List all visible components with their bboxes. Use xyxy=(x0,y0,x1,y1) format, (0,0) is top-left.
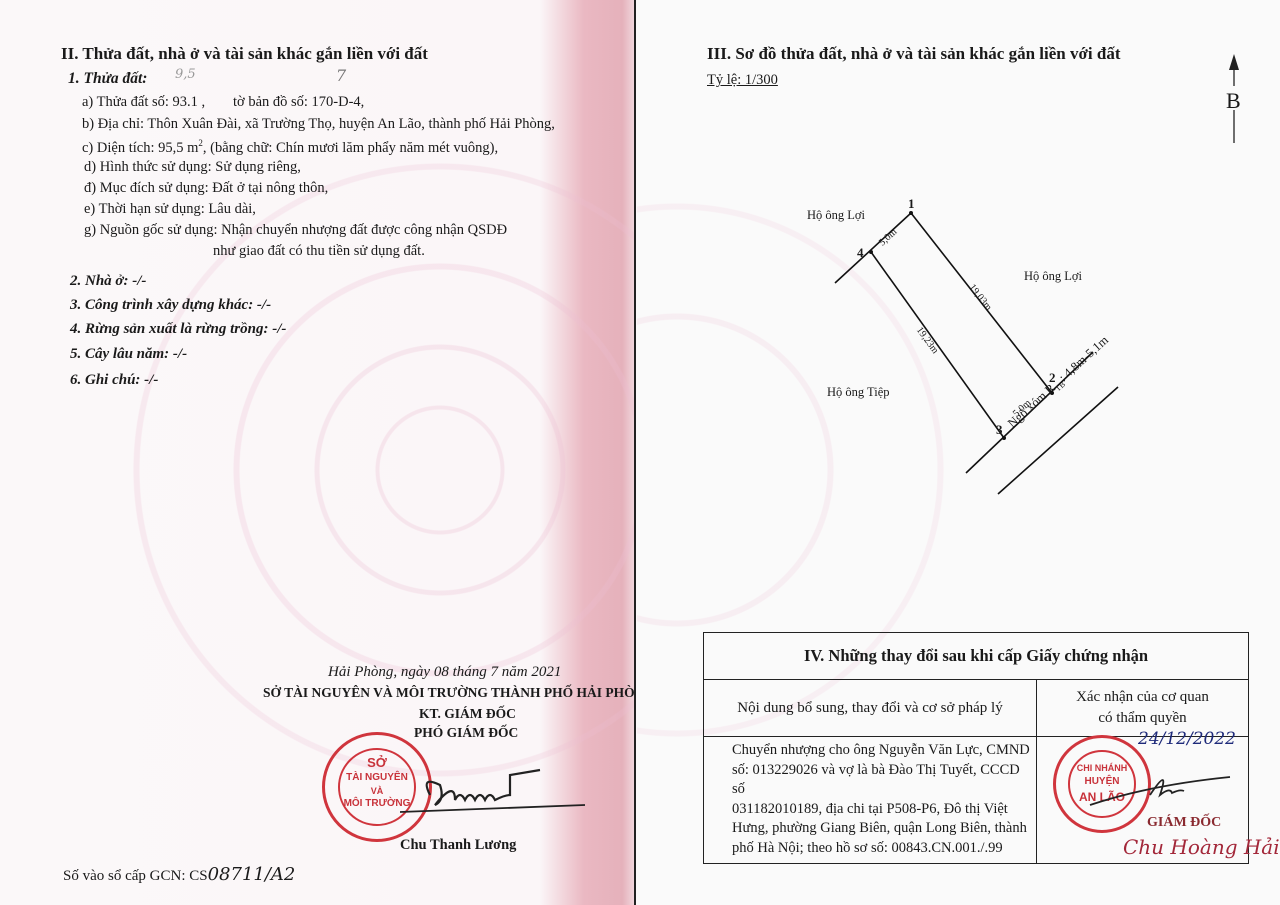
registry-value: 08711/A2 xyxy=(208,864,296,885)
point-1: 1 xyxy=(908,196,915,212)
change-line: 031182010189, địa chi tại P508-P6, Đô th… xyxy=(732,800,1036,820)
branch-signer-name: Chu Hoàng Hải xyxy=(1123,835,1280,859)
parcel-address: b) Địa chỉ: Thôn Xuân Đài, xã Trường Thọ… xyxy=(82,116,555,133)
branch-signer-role: GIÁM ĐỐC xyxy=(1147,815,1221,831)
area-value: c) Diện tích: 95,5 m xyxy=(82,140,198,156)
parcel-outline xyxy=(760,190,1180,520)
usage-origin-continued: như giao đất có thu tiền sử dụng đất. xyxy=(213,243,425,260)
signer-name: Chu Thanh Lương xyxy=(400,837,516,854)
parcel-diagram: 1 2 3 4 5,0m 19,03m 19,23m 5,0m Hộ ông L… xyxy=(760,190,1180,520)
page-fold xyxy=(634,0,636,905)
registry-label: Số vào sổ cấp GCN: CS xyxy=(63,868,208,884)
signature-icon xyxy=(400,760,590,830)
signature-icon xyxy=(1080,765,1240,815)
item-other-construction: 3. Công trình xây dựng khác: -/- xyxy=(70,297,271,314)
parcel-area: c) Diện tích: 95,5 m2, (bằng chữ: Chín m… xyxy=(82,138,498,157)
area-in-words: , (bằng chữ: Chín mươi lăm phẩy năm mét … xyxy=(203,140,498,156)
change-line: Chuyển nhượng cho ông Nguyễn Văn Lực, CM… xyxy=(732,741,1036,761)
item-production-forest: 4. Rừng sản xuất là rừng trồng: -/- xyxy=(70,321,286,338)
section-ii-title: II. Thửa đất, nhà ở và tài sản khác gắn … xyxy=(61,44,428,64)
item-notes: 6. Ghi chú: -/- xyxy=(70,372,158,389)
section-iii-title: III. Sơ đồ thửa đất, nhà ở và tài sản kh… xyxy=(707,44,1121,64)
neighbor-ne: Hộ ông Lợi xyxy=(1024,269,1082,284)
column-header-content: Nội dung bổ sung, thay đổi và cơ sở pháp… xyxy=(704,680,1037,737)
change-content-cell: Chuyển nhượng cho ông Nguyễn Văn Lực, CM… xyxy=(704,737,1037,864)
header-line: Xác nhận của cơ quan xyxy=(1037,687,1248,708)
column-header-confirmation: Xác nhận của cơ quan có thẩm quyền xyxy=(1037,680,1249,737)
parcel-number: a) Thửa đất số: 93.1 , xyxy=(82,94,205,111)
signer-role-1: KT. GIÁM ĐỐC xyxy=(419,706,516,722)
registry-number: Số vào sổ cấp GCN: CS08711/A2 xyxy=(63,864,295,885)
neighbor-nw: Hộ ông Lợi xyxy=(807,208,865,223)
handwritten-note: 7 xyxy=(336,66,346,85)
header-line: có thẩm quyền xyxy=(1037,708,1248,729)
usage-purpose: đ) Mục đích sử dụng: Đất ở tại nông thôn… xyxy=(84,180,328,197)
neighbor-sw: Hộ ông Tiệp xyxy=(827,385,890,400)
issue-date: Hải Phòng, ngày 08 tháng 7 năm 2021 xyxy=(328,664,561,681)
subsection-parcel-title: 1. Thửa đất: xyxy=(68,70,147,88)
handwritten-note: 9,5 xyxy=(175,67,196,82)
point-3: 3 xyxy=(996,422,1003,438)
map-sheet-number: tờ bản đồ số: 170-D-4, xyxy=(233,94,364,111)
item-house: 2. Nhà ở: -/- xyxy=(70,273,146,290)
change-line: phố Hà Nội; theo hồ sơ số: 00843.CN.001.… xyxy=(732,839,1036,859)
left-page: II. Thửa đất, nhà ở và tài sản khác gắn … xyxy=(0,0,635,905)
change-line: số: 013229026 và vợ là bà Đào Thị Tuyết,… xyxy=(732,761,1036,800)
issuing-agency: SỞ TÀI NGUYÊN VÀ MÔI TRƯỜNG THÀNH PHỐ HẢ… xyxy=(263,685,635,701)
scale-label: Tỷ lệ: 1/300 xyxy=(707,72,778,89)
confirmation-date: 24/12/2022 xyxy=(1138,729,1236,749)
change-line: Hưng, phường Giang Biên, quận Long Biên,… xyxy=(732,819,1036,839)
usage-origin: g) Nguồn gốc sử dụng: Nhận chuyển nhượng… xyxy=(84,222,507,239)
usage-term: e) Thời hạn sử dụng: Lâu dài, xyxy=(84,201,256,218)
usage-form: d) Hình thức sử dụng: Sử dụng riêng, xyxy=(84,159,301,176)
signer-role-2: PHÓ GIÁM ĐỐC xyxy=(414,725,518,741)
changes-table-title: IV. Những thay đổi sau khi cấp Giấy chứn… xyxy=(704,633,1249,680)
point-4: 4 xyxy=(857,245,864,261)
north-label: B xyxy=(1226,88,1241,114)
item-perennial-trees: 5. Cây lâu năm: -/- xyxy=(70,346,187,363)
